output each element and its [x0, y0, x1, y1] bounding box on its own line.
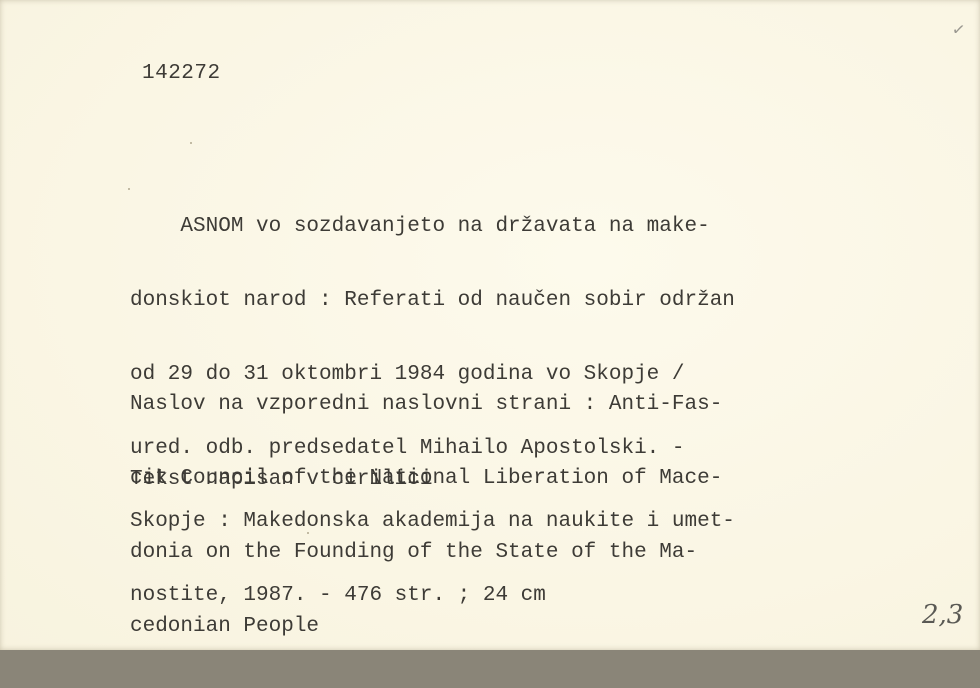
- note-line: cedonian People: [130, 615, 722, 640]
- parallel-title-note: Naslov na vzporedni naslovni strani : An…: [130, 344, 722, 650]
- note-line: Naslov na vzporedni naslovni strani : An…: [130, 393, 722, 418]
- paper-speck: [190, 142, 192, 144]
- check-mark-icon: ✓: [951, 19, 967, 40]
- main-entry-line: donskiot narod : Referati od naučen sobi…: [130, 289, 735, 314]
- main-entry-line: ASNOM vo sozdavanjeto na državata na mak…: [130, 215, 735, 240]
- accession-number: 142272: [142, 62, 221, 85]
- paper-speck: [128, 188, 130, 190]
- catalog-card: ✓ 142272 ASNOM vo sozdavanjeto na država…: [0, 0, 980, 650]
- paper-speck: [307, 532, 309, 534]
- note-line: donia on the Founding of the State of th…: [130, 541, 722, 566]
- script-note: Tekst napisan v cirilici: [130, 468, 432, 493]
- handwritten-number: 2,3: [922, 600, 963, 630]
